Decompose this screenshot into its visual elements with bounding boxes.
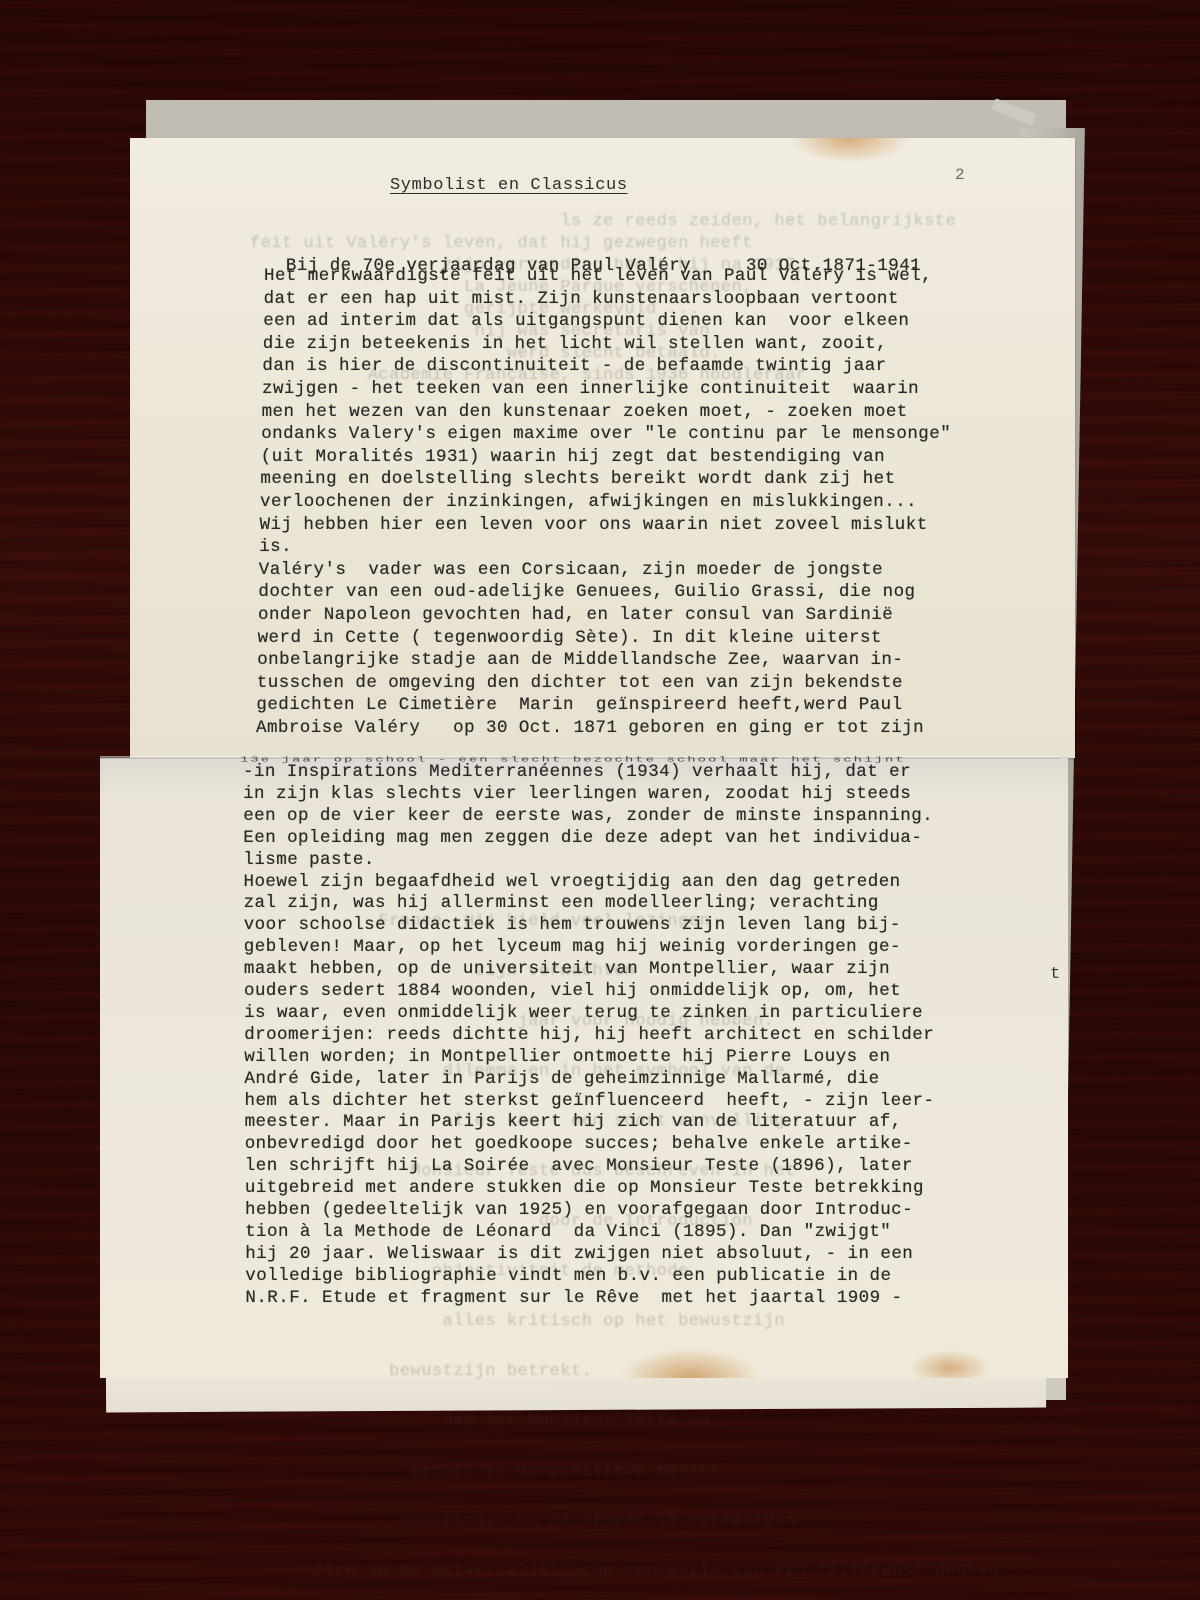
- typed-line: voor schoolse didactiek is hem trouwens …: [244, 915, 901, 935]
- typed-line: len schrijft hij La Soirée avec Monsieur…: [245, 1156, 913, 1176]
- bleed-through-line: ls ze reeds zeiden, het belangrijkste: [250, 212, 956, 231]
- typed-line: onbevredigd door het goedkoope succes; b…: [245, 1134, 913, 1154]
- bleed-through-line: bewustzijn betrekt.: [250, 1362, 592, 1381]
- typed-line: men het wezen van den kunstenaar zoeken …: [262, 402, 908, 422]
- typed-line: Hoewel zijn begaafdheid wel vroegtijdig …: [244, 872, 901, 892]
- typed-line: onbelangrijke stadje aan de Middellandsc…: [257, 650, 903, 670]
- typed-line: ouders sedert 1884 woonden, viel hij onm…: [244, 981, 901, 1001]
- typed-line: een ad interim dat als uitgangspunt dien…: [263, 311, 909, 331]
- typed-line: N.R.F. Etude et fragment sur le Rêve met…: [245, 1288, 902, 1308]
- typed-line: gebleven! Maar, op het lyceum mag hij we…: [244, 937, 901, 957]
- typed-line: droomerijen: reeds dichtte hij, hij heef…: [244, 1025, 934, 1045]
- typed-line: -in Inspirations Mediterranéennes (1934)…: [243, 762, 911, 782]
- typed-line: hebben (gedeeltelijk van 1925) en vooraf…: [245, 1200, 913, 1220]
- typed-line: meening en doelstelling slechts bereikt …: [260, 469, 895, 489]
- typed-line: Een opleiding mag men zeggen die deze ad…: [243, 828, 922, 848]
- typed-line: ondanks Valery's eigen maxime over "le c…: [261, 424, 951, 444]
- typed-line: tusschen de omgeving den dichter tot een…: [257, 673, 903, 693]
- typed-line: hem als dichter het sterkst geïnfluencee…: [245, 1091, 935, 1111]
- typed-line: een op de vier keer de eerste was, zonde…: [243, 806, 933, 826]
- typed-line: tion à la Methode de Léonard da Vinci (1…: [245, 1222, 891, 1242]
- typed-line: dan is hier de discontinuiteit - de befa…: [262, 356, 886, 376]
- typed-line: die zijn beteekenis in het licht wil ste…: [263, 334, 887, 354]
- typed-line: Het merkwaardigste feit uit het leven va…: [264, 266, 932, 286]
- typed-line: Ambroise Valéry op 30 Oct. 1871 geboren …: [256, 718, 924, 738]
- bleed-through-line: dan ook Monsieur Teste en: [250, 1412, 710, 1431]
- bleed-through-line: kunstenaar en de denker te vereenigen: [250, 1512, 796, 1531]
- bleed-through-line: mensch en de positieve mensch,: [250, 1462, 732, 1481]
- typed-line: is.: [259, 537, 292, 557]
- typed-line: zwijgen - het teeken van een innerlijke …: [262, 379, 919, 399]
- typed-line: lisme paste.: [243, 850, 374, 870]
- typed-line: Valéry's vader was een Corsicaan, zijn m…: [259, 560, 883, 580]
- typed-line: maakt hebben, op de universiteit van Mon…: [244, 959, 890, 979]
- typed-line: hij 20 jaar. Weliswaar is dit zwijgen ni…: [245, 1244, 913, 1264]
- typed-line: onder Napoleon gevochten had, en later c…: [258, 605, 893, 625]
- typed-line: dat er een hap uit mist. Zijn kunstenaar…: [264, 289, 899, 309]
- document-title: Symbolist en Classicus: [390, 176, 628, 195]
- typed-line: willen worden; in Montpellier ontmoette …: [244, 1047, 890, 1067]
- typed-line: André Gide, later in Parijs de geheimzin…: [244, 1069, 879, 1089]
- typed-line: uitgebreid met andere stukken die op Mon…: [245, 1178, 924, 1198]
- typed-line: in zijn klas slechts vier leerlingen war…: [243, 784, 911, 804]
- typed-line: zal zijn, was hij allerminst een modelle…: [244, 893, 879, 913]
- typed-line: verloochenen der inzinkingen, afwijkinge…: [260, 492, 917, 512]
- bleed-through-line: alles kritisch op het bewustzijn: [250, 1312, 785, 1331]
- typed-line: dochter van een oud-adelijke Genuees, Gu…: [258, 582, 915, 602]
- typed-line: (uit Moralités 1931) waarin hij zegt dat…: [261, 447, 885, 467]
- stray-typed-mark: t: [1050, 965, 1060, 984]
- typed-line: gedichten Le Cimetière Marin geïnspireer…: [256, 695, 902, 715]
- page-number: 2: [955, 166, 965, 184]
- typed-line: meester. Maar in Parijs keert hij zich v…: [245, 1112, 902, 1132]
- bleed-through-line: zich in de universalistische conceptie v…: [250, 1562, 999, 1581]
- typed-line: is waar, even onmiddelijk weer terug te …: [244, 1003, 923, 1023]
- typed-line: werd in Cette ( tegenwoordig Sète). In d…: [258, 628, 882, 648]
- typed-line: Wij hebben hier een leven voor ons waari…: [260, 515, 928, 535]
- typed-line: volledige bibliographie vindt men b.v. e…: [245, 1266, 891, 1286]
